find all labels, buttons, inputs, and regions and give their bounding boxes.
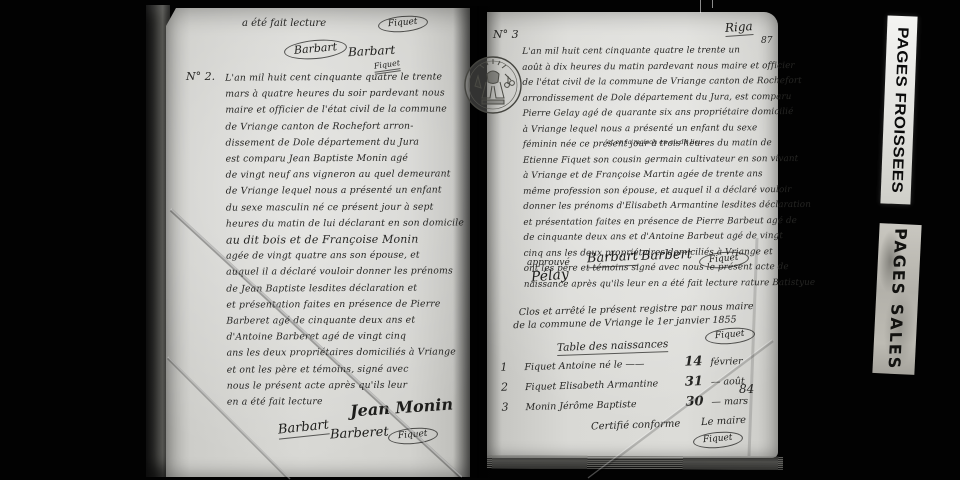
row-day: 14	[684, 354, 710, 370]
manuscript-line: Pierre Gelay agé de quarante six ans pro…	[523, 105, 777, 122]
manuscript-line: L'an mil huit cent cinquante quatre le t…	[225, 69, 471, 86]
scan-scratch	[700, 0, 701, 13]
manuscript-line: de l'état civil de la commune de Vriange…	[522, 74, 776, 91]
manuscript-line: L'an mil huit cent cinquante quatre le t…	[522, 43, 776, 60]
table-margin-note: 84	[739, 382, 754, 396]
manuscript-line: et ont les père et témoins, signé avec	[227, 361, 473, 378]
closing-signature: Fiquet	[704, 326, 755, 346]
right-signature-barbert: Barbert	[641, 247, 692, 264]
manuscript-line: d'Antoine Barberet agé de vingt cinq	[226, 329, 472, 346]
row-number: 2	[501, 380, 525, 394]
manuscript-line: nous le présent acte après qu'ils leur	[227, 377, 473, 394]
manuscript-line: Etienne Fiquet son cousin germain cultiv…	[523, 152, 777, 169]
left-bottom-signature-flourish: Fiquet	[387, 426, 438, 446]
label-pages-sales: PAGES SALES	[872, 223, 921, 375]
label-pages-froissees: PAGES FROISSEES	[880, 15, 917, 204]
row-month: février	[710, 355, 768, 368]
right-act-number: N° 3	[493, 28, 519, 41]
manuscript-line: de Jean Baptiste lesdites déclaration et	[226, 280, 472, 297]
table-title: Table des naissances	[557, 338, 669, 356]
left-top-signature-1: Barbart	[283, 37, 348, 61]
manuscript-line: au dit bois et de Françoise Monin	[226, 231, 472, 248]
row-month: — mars	[711, 395, 769, 408]
label-pages-froissees-text: PAGES FROISSEES	[887, 27, 910, 194]
manuscript-line: arrondissement de Dole département du Ju…	[522, 90, 776, 107]
row-name: Fiquet Antoine né le ——	[524, 358, 684, 373]
right-signature-pelay: Pélay	[530, 266, 569, 285]
left-page: a été fait lecture Fiquet Barbart Barbar…	[166, 8, 470, 477]
manuscript-line: de Vriange lequel nous a présenté un enf…	[226, 183, 472, 200]
left-top-note-signature: Fiquet	[377, 14, 428, 34]
archival-scan-page: a été fait lecture Fiquet Barbart Barbar…	[0, 0, 960, 480]
certified-note: Certifié conforme	[591, 418, 681, 432]
manuscript-line: de cinquante deux ans et d'Antoine Barbe…	[523, 229, 777, 246]
manuscript-line: à Vriange et de Françoise Martin agée de…	[523, 167, 777, 184]
page-stack-edge	[487, 455, 783, 470]
scan-scratch	[712, 0, 713, 8]
row-name: Fiquet Elisabeth Armantine	[525, 378, 685, 393]
right-page: N° 3 Riga 87 L'an mil huit cent cinquant…	[487, 12, 778, 458]
row-name: Monin Jérôme Baptiste	[525, 398, 685, 413]
manuscript-line: et présentation faites en présence de Pi…	[226, 296, 472, 313]
left-act-number: N° 2.	[186, 70, 215, 83]
manuscript-line: maire et officier de l'état civil de la …	[225, 102, 471, 119]
manuscript-line: ans les deux propriétaires domiciliés à …	[227, 345, 473, 362]
births-table: 1 Fiquet Antoine né le —— 14 février 2 F…	[500, 352, 770, 419]
manuscript-line: est comparu Jean Baptiste Monin agé	[226, 150, 472, 167]
manuscript-line: août à dix heures du matin pardevant nou…	[522, 59, 776, 76]
certified-signature: Fiquet	[692, 430, 743, 450]
left-bottom-signature-2: Barberet	[330, 424, 389, 442]
left-bottom-signature-1: Barbart	[277, 417, 330, 439]
manuscript-line: Barberet agé de cinquante deux ans et	[226, 312, 472, 329]
lemaire-note: Le maire	[701, 415, 747, 428]
manuscript-line: même profession son épouse, et auquel il…	[523, 183, 777, 200]
manuscript-line: de Vriange canton de Rochefort arron-	[225, 118, 471, 135]
manuscript-line: heures du matin de lui déclarant en son …	[226, 215, 472, 232]
manuscript-line: agée de vingt quatre ans son épouse, et	[226, 248, 472, 265]
manuscript-line: à Vriange lequel nous a présenté un enfa…	[523, 121, 777, 138]
left-top-signature-2: Barbart	[348, 43, 396, 59]
paraph-flourish: Riga	[724, 19, 753, 37]
right-signature-barbart: Barbart	[587, 249, 639, 269]
closing-statement: Clos et arrêté le présent registre par n…	[519, 300, 754, 332]
left-top-note: a été fait lecture	[242, 18, 326, 29]
row-number: 1	[500, 360, 524, 374]
interline-correction-note: et en la maison en au dit lieu	[607, 138, 703, 146]
label-pages-sales-text: PAGES SALES	[884, 228, 910, 370]
row-day: 30	[685, 394, 711, 410]
manuscript-line: du sexe masculin né ce présent jour à se…	[226, 199, 472, 216]
manuscript-line: de vingt neuf ans vigneron au quel demeu…	[226, 167, 472, 184]
left-act-body: L'an mil huit cent cinquante quatre le t…	[225, 69, 473, 411]
row-number: 3	[501, 400, 525, 414]
manuscript-line: et présentation faites en présence de Pi…	[523, 214, 777, 231]
manuscript-line: donner les prénoms d'Elisabeth Armantine…	[523, 198, 777, 215]
row-day: 31	[685, 374, 711, 390]
manuscript-line: dissement de Dole département du Jura	[225, 134, 471, 151]
manuscript-line: mars à quatre heures du soir pardevant n…	[225, 86, 471, 103]
manuscript-line: auquel il a déclaré vouloir donner les p…	[226, 264, 472, 281]
